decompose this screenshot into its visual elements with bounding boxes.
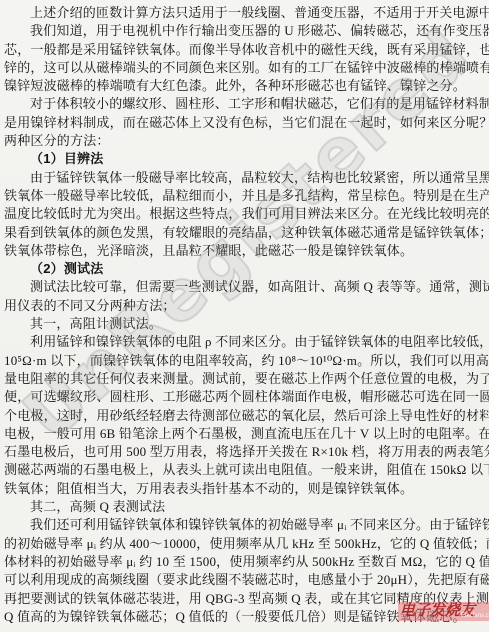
text-line: 铁氧体一般磁导率比较低，晶粒细而小，并且是多孔结构，常呈棕色。特别是在生产过程中…	[4, 187, 486, 205]
text-line: 果看到铁氧体的颜色发黑，有较耀眼的亮结晶，这种铁氧体磁芯通常是锰锌铁氧体；倘若看…	[4, 224, 486, 242]
site-watermark-latin: Elecfans.com	[461, 613, 489, 620]
text-line: 便，可选螺纹形、圆柱形、工形磁芯两个圆柱体端面作电极，帽形磁芯可选在同一圆平面上…	[4, 388, 486, 406]
text-line: 用仪表的不同又分两种方法；	[4, 297, 486, 315]
text-line: 两种区分的方法：	[4, 132, 486, 150]
text-line: 测磁芯两端的石墨电极上，从表头上就可读出电阻值。一般来讲，阻值在 150kΩ 以…	[4, 461, 486, 479]
text-line: 可以利用现成的高频线圈（要求此线圈不装磁芯时，电感量小于 20μH），先把原有磁…	[4, 571, 486, 589]
subheading-ohmmeter-test: 其一，高阻计测试法。	[4, 315, 486, 333]
text-line: 芯，一般都是采用锰锌铁氧体。而像半导体收音机中的磁性天线，既有采用锰锌，也有采用…	[4, 41, 486, 59]
text-line: 体材料的初始磁导率 μᵢ 约 10 至 1500，使用频率约从 500kHz 至…	[4, 553, 486, 571]
text-line: 温度比较低时尤为突出。根据这些特点，我们可用目辨法来区分。在光线比较明亮的地方，…	[4, 205, 486, 223]
text-line: 对于体积较小的螺纹形、圆柱形、工字形和帽状磁芯，它们有的是用锰锌材料制成，也有的	[4, 95, 486, 113]
text-line: 由于锰锌铁氧体一般磁导率比较高，晶粒较大，结构也比较紧密，所以通常呈黑色；而镍锌	[4, 169, 486, 187]
text-line: 量电阻率的其它任何仪表来测量。测试前，要在磁芯上作两个任意位置的电极，为了测试方	[4, 370, 486, 388]
document-text-block: 上述介绍的匝数计算方法只适用于一般线圈、普通变压器，不适用于开关电源中的线圈。 …	[4, 4, 486, 626]
site-watermark: 电子发烧友 Elecfans.com	[398, 602, 489, 621]
text-line: 是用镍锌材料制成，而在磁芯体上又没有色标，当它们混在一起时，如何来区分呢？这里介…	[4, 114, 486, 132]
text-line: 个电极，这时，用砂纸经轻磨去待测部位磁芯的氧化层，然后可涂上导电性好的材料作为测…	[4, 407, 486, 425]
text-line: 铁氧体；阻值相当大，万用表表头指针基本不动的，则是镍锌铁氧体。	[4, 480, 486, 498]
text-line: 的初始磁导率 μᵢ 约从 400～10000，使用频率从几 kHz 至 500k…	[4, 535, 486, 553]
text-line: 电极，一般可用 6B 铅笔涂上两个石墨极，测直流电压在几十 V 以上时的电阻率。…	[4, 425, 486, 443]
text-line: 铁氧体带棕色，光泽暗淡，且晶粒不耀眼，此磁芯一般是镍锌铁氧体。	[4, 242, 486, 260]
text-line: 我们还可利用锰锌铁氧体和镍锌铁氧体的初始磁导率 μᵢ 不同来区分。由于锰锌铁氧体	[4, 516, 486, 534]
scanned-document-page: UnRegistered 上述介绍的匝数计算方法只适用于一般线圈、普通变压器，不…	[0, 0, 489, 632]
section-heading-visual-method: （1）目辨法	[4, 150, 486, 168]
text-line: 我们知道，用于电视机中作行输出变压器的 U 形磁芯、偏转磁芯，还有作变压器的 E…	[4, 22, 486, 40]
text-line: 上述介绍的匝数计算方法只适用于一般线圈、普通变压器，不适用于开关电源中的线圈。	[4, 4, 486, 22]
text-line: 镍锌短波磁棒的棒端喷有大红色漆。此外，各种环形磁芯也有锰锌、镍锌之分。	[4, 77, 486, 95]
subheading-q-meter-test: 其二，高频 Q 表测试法	[4, 498, 486, 516]
section-heading-test-method: （2）测试法	[4, 260, 486, 278]
text-line: 锌的，这可以从磁棒端头的不同颜色来区别。如有的工厂在锰锌中波磁棒的棒端喷有黑漆，…	[4, 59, 486, 77]
text-line: 石墨电极后，也可用 500 型万用表，将选择开关拨在 R×10k 档，将万用表的…	[4, 443, 486, 461]
text-line: 测试法比较可靠，但需要一些测试仪器，如高阻计、高频 Q 表等等。通常，测试法依据…	[4, 278, 486, 296]
text-line: 利用锰锌和镍锌铁氧体的电阻 ρ 不同来区分。由于锰锌铁氧体的电阻率比较低，约在	[4, 333, 486, 351]
text-line: 10⁵Ω·m 以下，而镍锌铁氧体的电阻率较高，约 10⁸～10¹⁰Ω·m。所以，…	[4, 352, 486, 370]
